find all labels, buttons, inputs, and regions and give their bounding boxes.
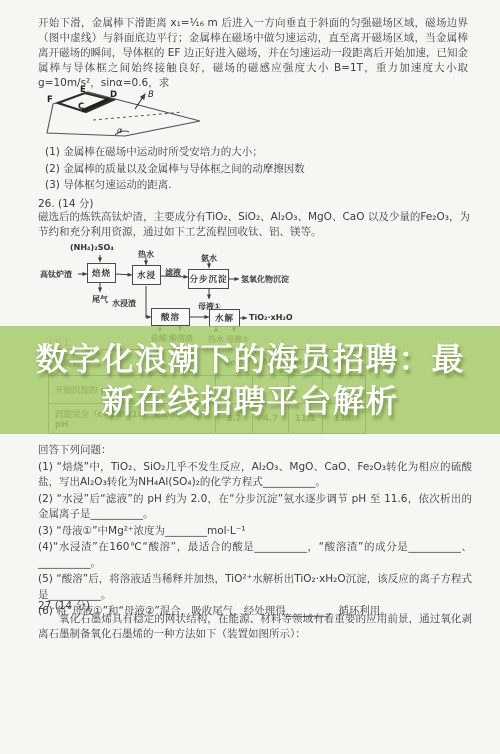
flow-box-acid-dissolve: 酸溶 — [151, 308, 190, 326]
question-26-items: 回答下列问题： (1) “焙烧”中，TiO₂、SiO₂几乎不发生反应，Al₂O₃… — [38, 443, 472, 621]
metal-rod — [82, 99, 109, 111]
flow-product-tio2: TiO₂·xH₂O — [249, 313, 293, 322]
flow-reagent-ammonium-sulfate: (NH₄)₂SO₄ — [70, 243, 114, 252]
banner-text-line-1: 数字化浪潮下的海员招聘：最 — [35, 338, 464, 380]
physics-questions: (1) 金属棒在磁场中运动时所受安培力的大小； (2) 金属棒的质量以及金属棒与… — [45, 145, 445, 195]
question-26-number: 26. (14 分) — [38, 196, 93, 211]
flow-label-hydroxide-precipitate: 氢氧化物沉淀 — [241, 274, 289, 285]
flow-box-roast: 焙烧 — [87, 263, 116, 283]
flow-label-filtrate: 滤液 — [165, 267, 181, 278]
q26-item-1: (1) “焙烧”中，TiO₂、SiO₂几乎不发生反应，Al₂O₃、MgO、CaO… — [38, 460, 472, 491]
flow-source-slag: 高钛炉渣 — [40, 269, 72, 280]
b-field-label: B — [148, 90, 154, 100]
alpha-label: α — [117, 126, 123, 135]
q26-item-5: (5) “酸溶”后，将溶液适当稀释并加热，TiO²⁺水解析出TiO₂·xH₂O沉… — [38, 572, 472, 603]
frame-label-d: D — [110, 90, 117, 100]
flow-reagent-ammonia: 氨水 — [201, 253, 217, 264]
question-26-intro: 磁选后的炼铁高钛炉渣，主要成分有TiO₂、SiO₂、Al₂O₃、MgO、CaO … — [38, 210, 470, 240]
flow-label-leach-residue: 水浸渣 — [112, 298, 136, 309]
banner-text-line-2: 新在线招聘平台解析 — [101, 380, 398, 422]
physics-question-2: (2) 金属棒的质量以及金属棒与导体框之间的动摩擦因数 — [45, 162, 445, 178]
flow-box-step-precipitation: 分步沉淀 — [188, 269, 229, 289]
flow-box-hydrolysis: 水解 — [209, 309, 240, 327]
q26-item-2: (2) “水浸”后“滤液”的 pH 约为 2.0，在“分步沉淀”氨水逐步调节 p… — [38, 492, 472, 523]
inclined-plane-diagram: E F D C B α — [35, 86, 210, 144]
frame-label-f: F — [47, 95, 53, 105]
exam-paper-page: 开始下滑，金属棒下滑距离 x₁=¹⁄₁₆ m 后进入一方向垂直于斜面的匀强磁场区… — [0, 0, 500, 754]
q26-answer-intro: 回答下列问题： — [38, 443, 472, 459]
frame-label-c: C — [78, 102, 84, 112]
q26-item-4: (4)“水浸渣”在160℃“酸溶”，最适合的酸是__________，“酸溶渣”… — [38, 540, 472, 571]
physics-question-3: (3) 导体框匀速运动的距离. — [45, 178, 445, 194]
physics-question-1: (1) 金属棒在磁场中运动时所受安培力的大小； — [45, 145, 445, 161]
flow-reagent-hot-water: 热水 — [138, 249, 154, 260]
q26-item-3: (3) “母液①”中Mg²⁺浓度为________mol·L⁻¹ — [38, 524, 472, 540]
frame-label-e: E — [80, 86, 86, 95]
flow-label-tail-gas: 尾气 — [92, 294, 108, 305]
flow-box-water-leach: 水浸 — [132, 265, 161, 285]
physics-problem-paragraph: 开始下滑，金属棒下滑距离 x₁=¹⁄₁₆ m 后进入一方向垂直于斜面的匀强磁场区… — [38, 16, 468, 91]
question-27-number: 27.(14 分) — [38, 598, 90, 613]
promo-overlay-banner: 数字化浪潮下的海员招聘：最 新在线招聘平台解析 — [0, 326, 500, 434]
question-27-intro: 氧化石墨烯具有稳定的网状结构，在能源、材料等领域有着重要的应用前景，通过氧化剥离… — [38, 612, 472, 642]
